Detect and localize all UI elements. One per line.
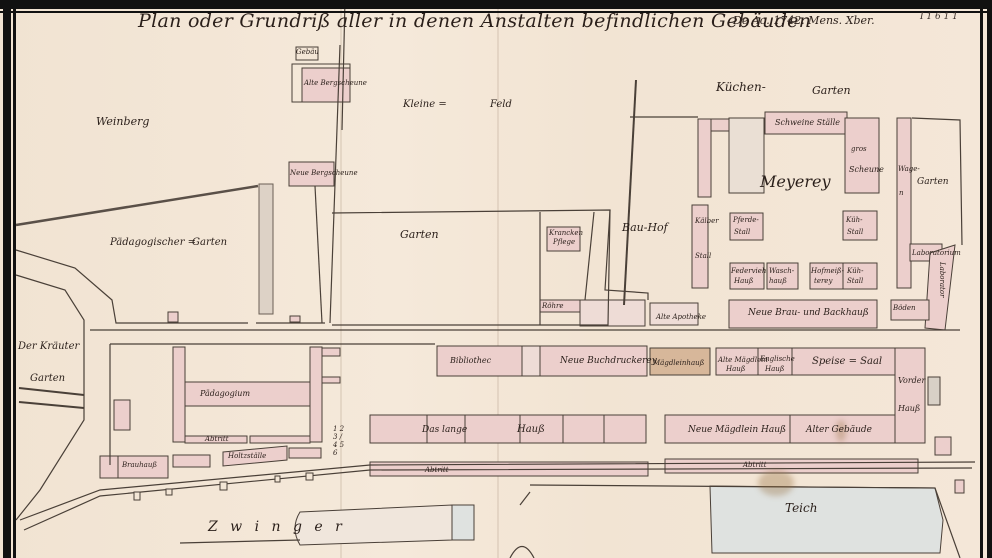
map-date: De Ao. 1742. Mens. Xber. <box>733 14 875 27</box>
building-alte-apotheke: Alte Apotheke <box>656 314 706 321</box>
building-neue-bergscheune: Neue Bergscheune <box>290 170 358 177</box>
building-numbers: 1 2 3 / 4 5 6 <box>333 425 347 457</box>
building-maegdleinhaus: Mägdleinhauß <box>653 360 704 367</box>
building-englische-haus: Hauß <box>765 366 784 373</box>
building-alter-gebaeude: Alter Gebäude <box>806 426 872 435</box>
building-das-lange: Das lange <box>422 426 467 435</box>
area-east-garten: Garten <box>917 178 949 187</box>
building-alte-bergscheune: Alte Bergscheune <box>304 80 367 87</box>
area-zwinger: Z w i n g e r <box>208 520 346 534</box>
building-kueh-stall: Küh- <box>846 217 862 224</box>
water-stain <box>758 470 794 496</box>
building-hofmeisterey: terey <box>814 278 832 285</box>
area-meyerey: Meyerey <box>760 174 831 190</box>
building-pferde-stall: Stall <box>734 229 750 236</box>
building-grosse-scheune: gros <box>851 146 867 153</box>
building-neue-buchdruckerey: Neue Buchdruckerey <box>560 357 657 366</box>
map-border-top <box>0 0 992 9</box>
building-schweine-staelle: Schweine Ställe <box>775 119 840 127</box>
area-garten: Garten <box>400 229 439 240</box>
building-vorder-haus: Hauß <box>898 405 920 413</box>
building-federvieh-haus: Hauß <box>734 278 753 285</box>
building-waschhaus: hauß <box>769 278 787 285</box>
building-roehre: Röhre <box>542 303 563 310</box>
building-neue-brau-backhaus: Neue Brau- und Backhauß <box>748 309 869 318</box>
building-bibliothec: Bibliothec <box>450 357 491 365</box>
building-brauhaus: Brauhauß <box>122 462 157 469</box>
building-abtritt-west: Abtritt <box>425 467 449 474</box>
building-englische-haus: Englische <box>760 356 795 363</box>
area-kleine: Kleine = <box>403 100 447 110</box>
area-feld: Feld <box>490 100 512 110</box>
archive-reference: I 1 6 1 1 <box>920 12 958 22</box>
building-kueh-stall-b: Stall <box>847 278 863 285</box>
building-kaelber-stall: Kälber <box>695 218 719 225</box>
building-haus: Hauß <box>517 425 545 435</box>
building-grosse-scheune: Scheune <box>849 166 884 174</box>
area-paedagogischer: Pädagogischer = <box>110 238 196 248</box>
building-kueh-stall: Stall <box>847 229 863 236</box>
building-kueh-stall-b: Küh- <box>847 268 863 275</box>
building-speise-saal: Speise = Saal <box>812 357 882 367</box>
building-alte-maegdlein-haus: Hauß <box>726 366 745 373</box>
area-bau-hof: Bau-Hof <box>622 222 668 233</box>
building-holtzstaelle: Holtzställe <box>228 453 266 460</box>
building-wagen: Wage- <box>898 166 920 173</box>
area-paedagogischer-garten: Garten <box>192 238 227 248</box>
building-laborator: Laborator <box>938 262 945 297</box>
map-title: Plan oder Grundriß aller in denen Anstal… <box>138 10 811 32</box>
building-krancken-pflege: Pflege <box>553 239 575 246</box>
area-kuechen-garten: Garten <box>812 85 851 96</box>
building-laboratorium: Laboratorium <box>912 250 961 257</box>
map-border-right-inner <box>980 0 983 558</box>
building-wagen: n <box>899 190 904 197</box>
map-border-left-inner <box>13 0 16 558</box>
map-border-right <box>987 0 992 558</box>
building-vorder-haus: Vorder <box>898 377 925 385</box>
building-hofmeisterey: Hofmeiß- <box>811 268 844 275</box>
building-waschhaus: Wasch- <box>769 268 794 275</box>
map-border-left <box>3 0 11 558</box>
building-kaelber-stall: Stall <box>695 253 711 260</box>
building-gebaeu: Gebäu <box>296 49 319 56</box>
area-kuechen: Küchen- <box>716 81 766 93</box>
building-federvieh-haus: Federvieh <box>731 268 766 275</box>
area-kraeuter-garten: Garten <box>30 374 65 384</box>
building-krancken-pflege: Krancken <box>549 230 583 237</box>
building-neue-maegdlein-haus: Neue Mägdlein Hauß <box>688 426 786 435</box>
area-der-kraeuter: Der Kräuter <box>18 342 79 352</box>
building-pferde-stall: Pferde- <box>733 217 759 224</box>
area-teich: Teich <box>785 502 817 514</box>
building-abtritt-east: Abtritt <box>743 462 767 469</box>
building-paedagogium: Pädagogium <box>200 390 250 398</box>
building-boeden: Böden <box>893 305 916 312</box>
building-abtritt-paedagogium: Abtritt <box>205 436 229 443</box>
area-weinberg: Weinberg <box>96 116 149 127</box>
